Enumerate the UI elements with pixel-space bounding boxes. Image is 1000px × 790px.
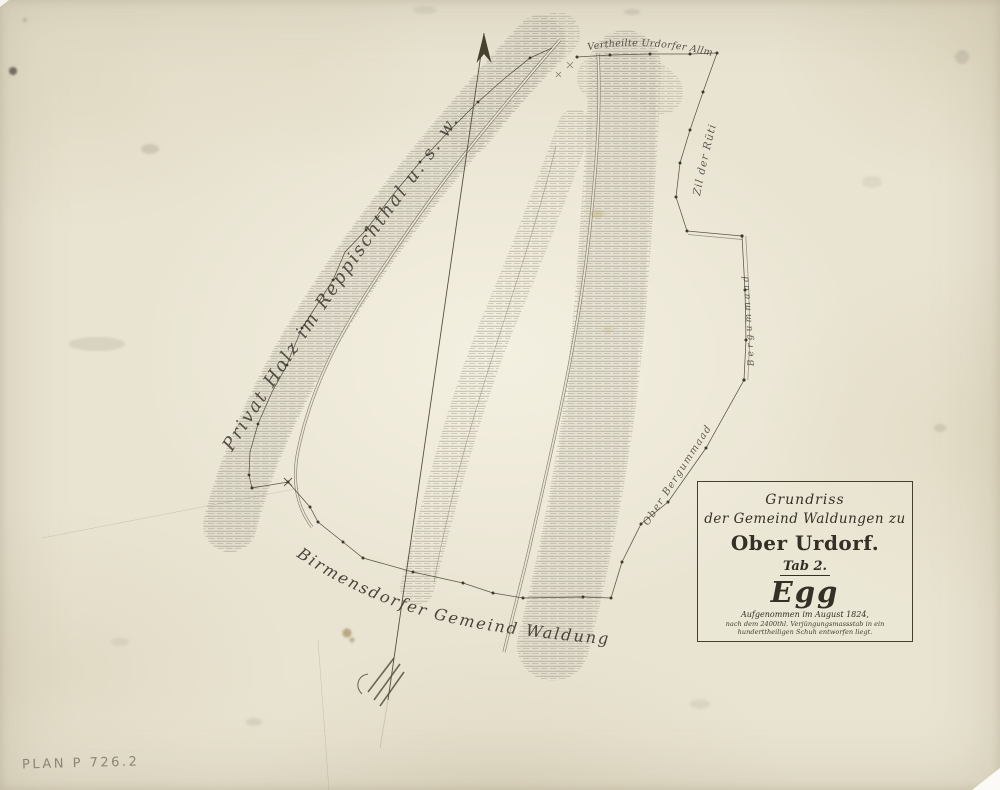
north-arrow-shaft-tail [380, 700, 388, 748]
cartouche-area-name: Egg [698, 577, 912, 607]
label-rueti: Zil der Rüti [691, 122, 719, 197]
label-privat-holz: Privat Holz im Reppischthal u. s. w. [218, 110, 464, 456]
cartouche-survey-note2: nach dem 2400thl. Verjüngungsmassstab in… [698, 620, 912, 636]
map-canvas: Privat Holz im Reppischthal u. s. w. Bir… [0, 0, 1000, 790]
cartouche-title-line2: der Gemeind Waldungen zu [698, 511, 912, 527]
forest-band-east-top [600, 74, 660, 92]
paper-corner-chip-top [0, 0, 9, 7]
paper-corner-chip [972, 768, 1000, 790]
title-cartouche: Grundriss der Gemeind Waldungen zu Ober … [697, 481, 913, 642]
cartouche-survey-note1: Aufgenommen im August 1824, [698, 610, 912, 619]
archive-stamp: PLAN P 726.2 [22, 754, 140, 772]
construction-lines [42, 488, 329, 790]
scanned-plan-paper: Privat Holz im Reppischthal u. s. w. Bir… [0, 0, 1000, 790]
label-allmend: Vertheilte Urdorfer Allmend [0, 0, 714, 59]
cartouche-title-line1: Grundriss [698, 492, 912, 508]
north-arrow-head-icon [477, 33, 492, 63]
survey-tick-marks [556, 62, 573, 77]
label-bergummaad: Bergummaad [741, 273, 757, 368]
cartouche-place-name: Ober Urdorf. [698, 531, 912, 555]
cartouche-tab-number: Tab 2. [780, 559, 830, 576]
north-arrow-fletching-icon [358, 658, 404, 706]
